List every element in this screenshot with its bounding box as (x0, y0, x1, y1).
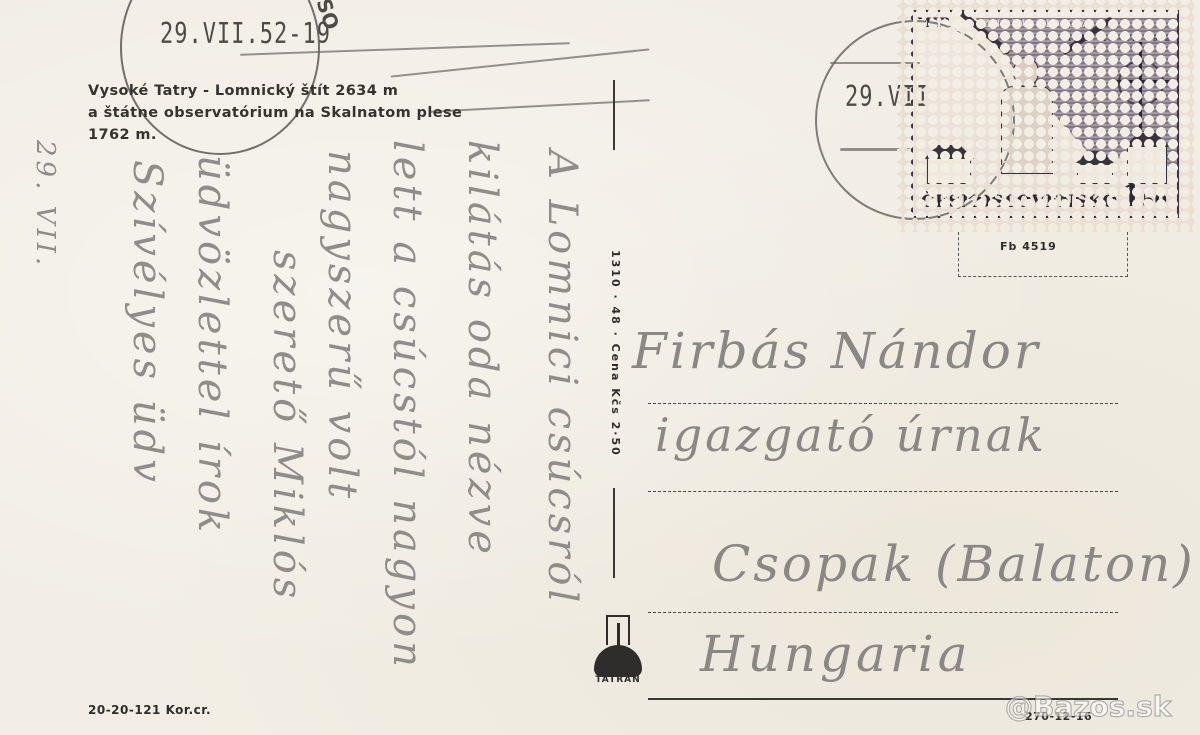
print-code-left: 20-20-121 Kor.cr. (88, 703, 211, 717)
address-line-1 (648, 403, 1118, 404)
message-line: üdvözlettel írok (189, 155, 235, 536)
stamp-title: MÍRNE ZNOVU LIDICE (917, 16, 1087, 31)
center-divider-bottom (613, 488, 615, 578)
stamp-value-whole: 1 (1121, 179, 1142, 214)
message-date: 29. VII. (30, 140, 60, 269)
address-line-3 (648, 612, 1118, 613)
message-line: szerető Miklós (264, 250, 310, 602)
recipient-name: Firbás Nándor (632, 322, 1041, 380)
postage-stamp: MÍRNE ZNOVU LIDICE 1942 · 10 · VI · 1952… (897, 0, 1194, 232)
stamp-village-illustration (917, 140, 1175, 184)
stamp-value: 150 (1121, 179, 1167, 214)
stamp-title-text: MÍR (917, 16, 951, 31)
recipient-title: igazgató úrnak (655, 408, 1047, 462)
publisher-name: TATRAN (588, 675, 648, 685)
message-line: lett a csúcstól nagyon (384, 140, 430, 671)
stamp-country: ČESKOSLOVENSKO (921, 192, 1118, 212)
message-line: Szívélyes üdv (124, 160, 170, 486)
center-divider-top (613, 80, 615, 150)
stamp-placement-box (958, 232, 1128, 277)
stamp-figure-head (1013, 57, 1039, 87)
message-line: A Lomnici csúcsról (539, 150, 585, 606)
recipient-country: Hungaria (700, 625, 972, 683)
postmark-date-left: 29.VII.52-19 (160, 18, 331, 51)
stamp-box-code: Fb 4519 (1000, 240, 1057, 253)
caption-line-1: Vysoké Tatry - Lomnický štít 2634 m (88, 80, 462, 102)
address-line-2 (648, 491, 1118, 492)
caption-line-2: a štátne observatórium na Skalnatom ples… (88, 102, 462, 124)
house-icon (1077, 164, 1113, 184)
message-line: kilátás oda nézve (459, 140, 505, 558)
house-icon (927, 158, 971, 184)
postcard-caption: Vysoké Tatry - Lomnický štít 2634 m a št… (88, 80, 462, 146)
publisher-logo: TATRAN (588, 615, 648, 695)
message-line: nagyszerű volt (319, 150, 365, 502)
stamp-value-cents: 50 (1142, 190, 1167, 211)
tatran-dome-icon (594, 645, 642, 677)
tatran-t-icon (606, 615, 630, 645)
stamp-cross-bar (1113, 80, 1173, 83)
price-imprint: 1310 · 48 · Cena Kčs 2·50 (609, 250, 622, 457)
watermark: @Bazos.sk (1005, 690, 1171, 723)
recipient-town: Csopak (Balaton) (712, 535, 1196, 593)
stamp-design: MÍRNE ZNOVU LIDICE 1942 · 10 · VI · 1952… (911, 10, 1179, 218)
